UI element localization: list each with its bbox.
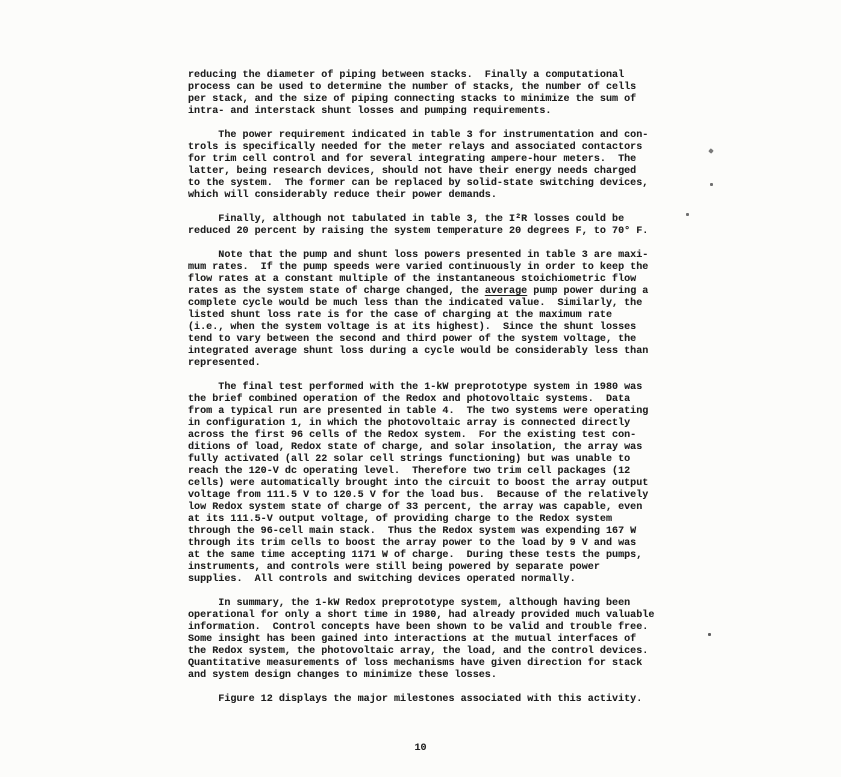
document-page: reducing the diameter of piping between … xyxy=(0,0,841,777)
scan-speck xyxy=(708,148,714,154)
scan-speck xyxy=(686,213,689,216)
paragraph-pump-shunt-loss: Note that the pump and shunt loss powers… xyxy=(188,250,670,370)
scan-speck xyxy=(710,183,713,186)
paragraph-i2r-losses: Finally, although not tabulated in table… xyxy=(188,214,670,238)
paragraph-power-requirement: The power requirement indicated in table… xyxy=(188,130,670,202)
paragraph-summary: In summary, the 1-kW Redox preprototype … xyxy=(188,598,670,682)
paragraph-final-test: The final test performed with the 1-kW p… xyxy=(188,382,670,586)
underlined-word-average: average xyxy=(485,286,527,297)
paragraph-4-text-after: pump power during a complete cycle would… xyxy=(188,286,648,369)
paragraph-figure-12: Figure 12 displays the major milestones … xyxy=(188,694,670,706)
scan-speck xyxy=(708,633,711,636)
page-number: 10 xyxy=(0,743,841,754)
page-text: reducing the diameter of piping between … xyxy=(188,70,670,718)
paragraph-piping-stacks: reducing the diameter of piping between … xyxy=(188,70,670,118)
